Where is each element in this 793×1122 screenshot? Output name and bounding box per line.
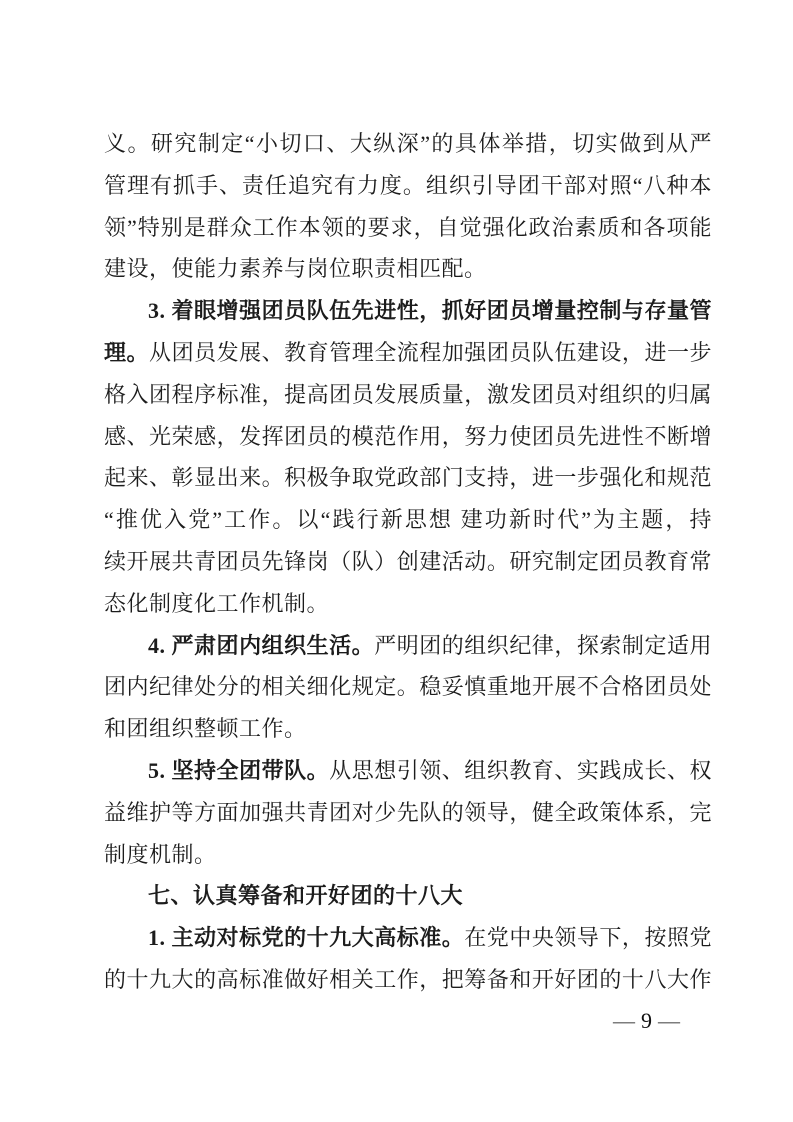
document-body: 义。研究制定“小切口、大纵深”的具体举措，切实做到从严管理有抓手、责任追究有力度… <box>104 123 712 1001</box>
text-line: 3. 着眼增强团员队伍先进性，抓好团员增量控制与存量管 <box>104 290 712 332</box>
text-segment: 管理有抓手、责任追究有力度。组织引导团干部对照“八种本 <box>104 173 712 198</box>
page-number: —9— <box>607 1006 686 1036</box>
text-line: 制度机制。 <box>104 834 712 876</box>
text-line: 和团组织整顿工作。 <box>104 708 712 750</box>
text-segment: “推优入党”工作。以“践行新思想 建功新时代”为主题，持 <box>104 507 712 532</box>
text-line: 格入团程序标准，提高团员发展质量，激发团员对组织的归属 <box>104 374 712 416</box>
page-number-dash-right: — <box>658 1008 680 1033</box>
text-line: 1. 主动对标党的十九大高标准。在党中央领导下，按照党 <box>104 917 712 959</box>
bold-text-segment: 理。 <box>104 340 149 365</box>
bold-text-segment: 1. 主动对标党的十九大高标准。 <box>148 925 464 950</box>
section-heading: 七、认真筹备和开好团的十八大 <box>104 875 712 917</box>
text-segment: 感、光荣感，发挥团员的模范作用，努力使团员先进性不断增强 <box>104 424 712 458</box>
bold-text-segment: 3. 着眼增强团员队伍先进性，抓好团员增量控制与存量管 <box>148 298 712 323</box>
text-line: 管理有抓手、责任追究有力度。组织引导团干部对照“八种本 <box>104 165 712 207</box>
text-segment: 从思想引领、组织教育、实践成长、权 <box>329 758 712 783</box>
text-line: 义。研究制定“小切口、大纵深”的具体举措，切实做到从严 <box>104 123 712 165</box>
bold-text-segment: 5. 坚持全团带队。 <box>148 758 329 783</box>
text-line: 5. 坚持全团带队。从思想引领、组织教育、实践成长、权 <box>104 750 712 792</box>
text-line: 态化制度化工作机制。 <box>104 583 712 625</box>
text-segment: 义。研究制定“小切口、大纵深”的具体举措，切实做到从严 <box>104 131 712 156</box>
text-segment: 制度机制。 <box>104 842 217 867</box>
text-line: 理。从团员发展、教育管理全流程加强团员队伍建设，进一步严 <box>104 332 712 374</box>
text-line: 领”特别是群众工作本领的要求，自觉强化政治素质和各项能力 <box>104 207 712 249</box>
text-line: 感、光荣感，发挥团员的模范作用，努力使团员先进性不断增强 <box>104 416 712 458</box>
text-segment: 格入团程序标准，提高团员发展质量，激发团员对组织的归属 <box>104 382 712 407</box>
text-segment: 建设，使能力素养与岗位职责相匹配。 <box>104 256 487 281</box>
text-segment: 和团组织整顿工作。 <box>104 716 307 741</box>
text-line: 团内纪律处分的相关细化规定。稳妥慎重地开展不合格团员处置 <box>104 666 712 708</box>
text-line: 起来、彰显出来。积极争取党政部门支持，进一步强化和规范 <box>104 457 712 499</box>
text-segment: 在党中央领导下，按照党 <box>464 925 712 950</box>
text-segment: 的十九大的高标准做好相关工作，把筹备和开好团的十八大作为 <box>104 967 712 1001</box>
text-line: 的十九大的高标准做好相关工作，把筹备和开好团的十八大作为 <box>104 959 712 1001</box>
text-segment: 态化制度化工作机制。 <box>104 591 329 616</box>
text-segment: 领”特别是群众工作本领的要求，自觉强化政治素质和各项能力 <box>104 215 712 249</box>
text-line: “推优入党”工作。以“践行新思想 建功新时代”为主题，持 <box>104 499 712 541</box>
text-line: 续开展共青团员先锋岗（队）创建活动。研究制定团员教育常 <box>104 541 712 583</box>
document-page: 义。研究制定“小切口、大纵深”的具体举措，切实做到从严管理有抓手、责任追究有力度… <box>0 0 793 1122</box>
text-segment: 从团员发展、教育管理全流程加强团员队伍建设，进一步严 <box>104 340 712 374</box>
text-line: 建设，使能力素养与岗位职责相匹配。 <box>104 248 712 290</box>
text-segment: 团内纪律处分的相关细化规定。稳妥慎重地开展不合格团员处置 <box>104 674 712 708</box>
text-segment: 续开展共青团员先锋岗（队）创建活动。研究制定团员教育常 <box>104 549 712 574</box>
page-number-value: 9 <box>641 1008 652 1033</box>
text-segment: 益维护等方面加强共青团对少先队的领导，健全政策体系，完善 <box>104 800 712 834</box>
text-segment: 起来、彰显出来。积极争取党政部门支持，进一步强化和规范 <box>104 465 712 490</box>
page-number-dash-left: — <box>613 1008 635 1033</box>
text-line: 益维护等方面加强共青团对少先队的领导，健全政策体系，完善 <box>104 792 712 834</box>
text-segment: 严明团的组织纪律，探索制定适用 <box>374 633 712 658</box>
bold-text-segment: 4. 严肃团内组织生活。 <box>148 633 374 658</box>
bold-text-segment: 七、认真筹备和开好团的十八大 <box>148 883 463 908</box>
text-line: 4. 严肃团内组织生活。严明团的组织纪律，探索制定适用 <box>104 625 712 667</box>
